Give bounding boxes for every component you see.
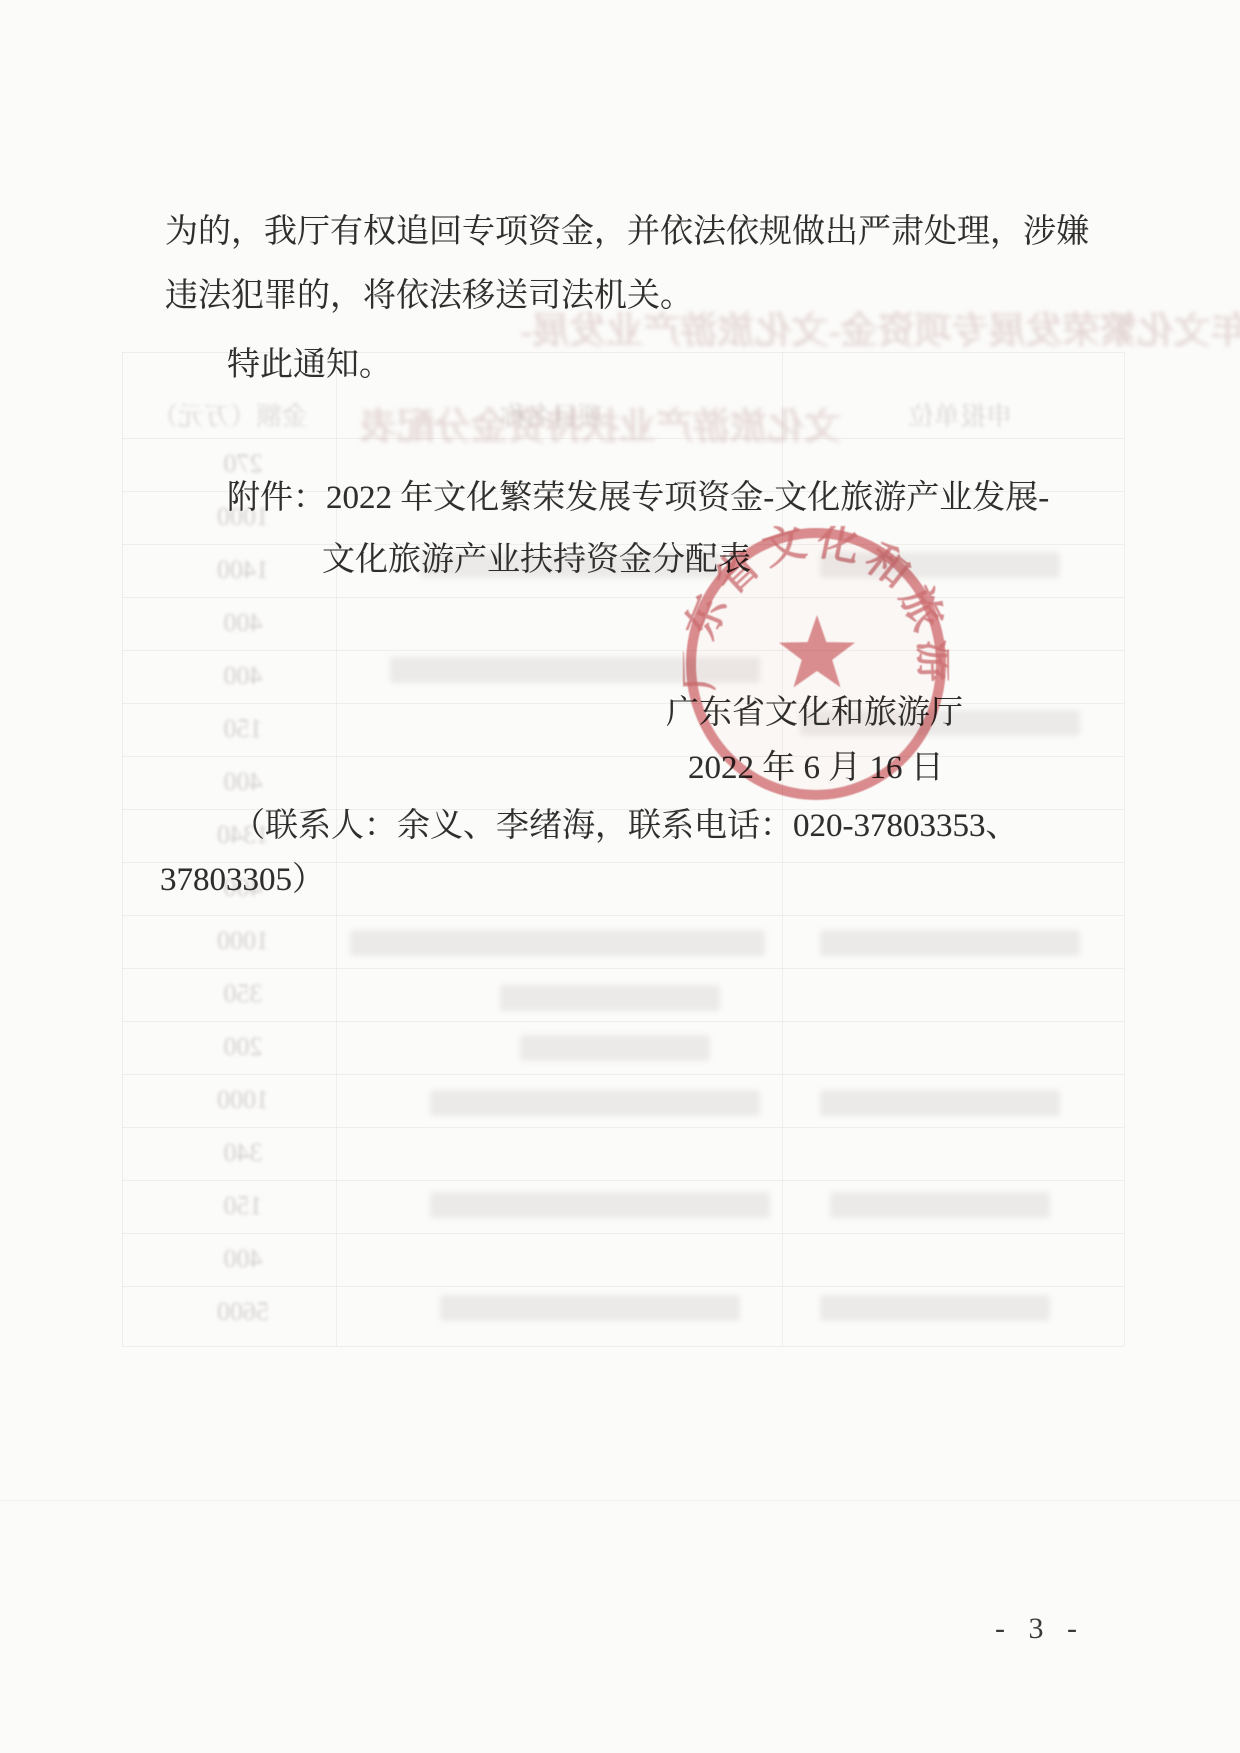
contact-line2: 37803305） <box>160 860 325 900</box>
bleedthrough-grid-hline <box>122 1233 1124 1234</box>
bleedthrough-text-blob <box>520 1035 710 1061</box>
bleedthrough-grid-hline <box>122 1021 1124 1022</box>
bleedthrough-amount: 270 <box>178 449 308 479</box>
bleedthrough-amount: 150 <box>178 1191 308 1221</box>
body-paragraph-line1: 为的，我厅有权追回专项资金，并依法依规做出严肃处理，涉嫌 <box>165 212 1089 252</box>
bleedthrough-amount: 1400 <box>178 555 308 585</box>
bleedthrough-grid-hline <box>122 438 1124 439</box>
bleedthrough-amount: 400 <box>178 1244 308 1274</box>
bleedthrough-header-project: 项目名称 <box>500 396 604 433</box>
bleedthrough-text-blob <box>820 1295 1050 1321</box>
bleedthrough-grid-hline <box>122 968 1124 969</box>
scan-fold-line <box>0 1500 1240 1501</box>
bleedthrough-text-blob <box>500 985 720 1011</box>
bleedthrough-title-line2: 文化旅游产业扶持资金分配表 <box>360 396 841 450</box>
bleedthrough-text-blob <box>430 1192 770 1218</box>
bleedthrough-grid-hline <box>122 1346 1124 1347</box>
bleedthrough-grid-hline <box>122 756 1124 757</box>
bleedthrough-amount: 350 <box>178 979 308 1009</box>
bleedthrough-grid-hline <box>122 915 1124 916</box>
bleedthrough-amount: 150 <box>178 714 308 744</box>
bleedthrough-grid-hline <box>122 703 1124 704</box>
bleedthrough-text-blob <box>440 1295 740 1321</box>
bleedthrough-text-blob <box>820 1090 1060 1116</box>
bleedthrough-amount: 400 <box>178 767 308 797</box>
page-number: - 3 - <box>995 1612 1085 1646</box>
bleedthrough-amount: 400 <box>178 608 308 638</box>
contact-line1: （联系人：余义、李绪海，联系电话：020-37803353、 <box>232 806 1019 846</box>
bleedthrough-grid-hline <box>122 1286 1124 1287</box>
bleedthrough-amount: 340 <box>178 1138 308 1168</box>
bleedthrough-amount: 1000 <box>178 926 308 956</box>
attachment-line1: 附件：2022 年文化繁荣发展专项资金-文化旅游产业发展- <box>227 478 1049 518</box>
scanned-notice-page: 2022 年文化繁荣发展专项资金-文化旅游产业发展- 文化旅游产业扶持资金分配表… <box>0 0 1240 1753</box>
official-seal: 广东省文化和旅游厅 <box>683 526 949 802</box>
bleedthrough-amount: 5600 <box>178 1297 308 1327</box>
bleedthrough-text-blob <box>350 930 765 956</box>
bleedthrough-header-amount: 金额（万元） <box>152 396 308 433</box>
bleedthrough-grid-hline <box>122 650 1124 651</box>
bleedthrough-grid-hline <box>122 597 1124 598</box>
bleedthrough-grid-vline <box>1124 352 1125 1346</box>
bleedthrough-amount: 200 <box>178 1032 308 1062</box>
bleedthrough-text-blob <box>430 1090 760 1116</box>
notice-line: 特此通知。 <box>227 345 392 385</box>
bleedthrough-amount: 1000 <box>178 1085 308 1115</box>
bleedthrough-text-blob <box>820 930 1080 956</box>
bleedthrough-text-blob <box>830 1192 1050 1218</box>
bleedthrough-amount: 400 <box>178 661 308 691</box>
bleedthrough-grid-hline <box>122 1127 1124 1128</box>
bleedthrough-grid-hline <box>122 1074 1124 1075</box>
bleedthrough-header-applicant: 申报单位 <box>908 396 1012 433</box>
bleedthrough-grid-vline <box>122 352 123 1346</box>
bleedthrough-grid-hline <box>122 1180 1124 1181</box>
body-paragraph-line2: 违法犯罪的，将依法移送司法机关。 <box>165 276 693 316</box>
